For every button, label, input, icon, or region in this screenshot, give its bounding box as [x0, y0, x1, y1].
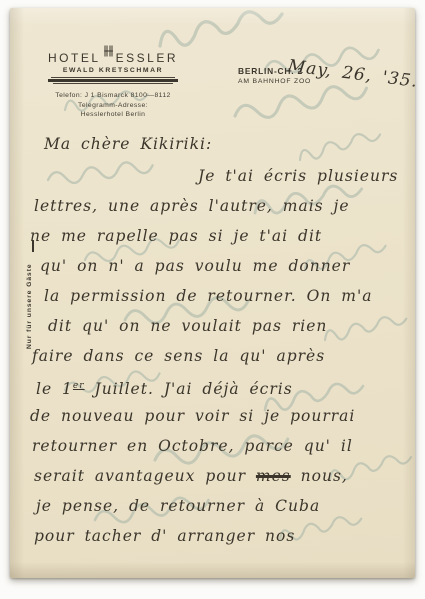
ordinal-superscript: er	[73, 381, 85, 391]
telegram-value: Hesslerhotel Berlin	[48, 110, 178, 120]
handwritten-date: May, 26, '35.	[287, 56, 419, 92]
line-pre: le 1	[36, 380, 73, 398]
letter-paper: HOTEL ESSLER EWALD KRETSCHMAR Telefon: J…	[10, 8, 415, 578]
handwritten-line: qu' on n' a pas voulu me donner	[40, 256, 350, 276]
handwritten-line: faire dans ce sens la qu' après	[32, 346, 325, 366]
handwritten-line: Je t'ai écris plusieurs	[198, 166, 398, 186]
handwritten-line: dit qu' on ne voulait pas rien	[48, 316, 327, 336]
hotel-name: HOTEL ESSLER	[48, 38, 178, 64]
line-post: Juillet. J'ai déjà écris	[85, 380, 293, 398]
telegram-label: Telegramm-Adresse:	[48, 101, 178, 111]
handwritten-line: le 1er Juillet. J'ai déjà écris	[36, 376, 293, 399]
line-post: nous,	[291, 467, 348, 485]
handwritten-line: la permission de retourner. On m'a	[44, 286, 372, 306]
handwritten-line: lettres, une après l'autre, mais je	[34, 196, 350, 216]
location-line: AM BAHNHOF ZOO	[238, 78, 311, 85]
hotel-word: HOTEL	[48, 52, 101, 64]
handwritten-line: je pense, de retourner à Cuba	[36, 496, 320, 516]
line-pre: serait avantageux pour	[34, 467, 256, 485]
crossed-out-word: mes	[256, 467, 291, 485]
handwritten-line: de nouveau pour voir si je pourrai	[30, 406, 355, 426]
telefon-line: Telefon: J 1 Bismarck 8100—8112	[48, 91, 178, 101]
contact-block: Telefon: J 1 Bismarck 8100—8112 Telegram…	[48, 91, 178, 120]
margin-note: Nur für unsere Gäste	[26, 256, 33, 356]
proprietor-name: EWALD KRETSCHMAR	[48, 67, 178, 74]
letterhead-rules	[48, 77, 178, 84]
handwritten-line: ne me rapelle pas si je t'ai dit	[30, 226, 322, 246]
handwritten-line: pour tacher d' arranger nos	[34, 526, 295, 546]
handwritten-line: retourner en Octobre, parce qu' il	[32, 436, 353, 456]
letterhead-left-block: HOTEL ESSLER EWALD KRETSCHMAR Telefon: J…	[48, 38, 178, 120]
hotel-word: ESSLER	[116, 52, 178, 64]
hessler-h-monogram-icon	[104, 38, 113, 64]
handwritten-line: serait avantageux pour mes nous,	[34, 466, 348, 486]
salutation: Ma chère Kikiriki:	[44, 134, 212, 154]
